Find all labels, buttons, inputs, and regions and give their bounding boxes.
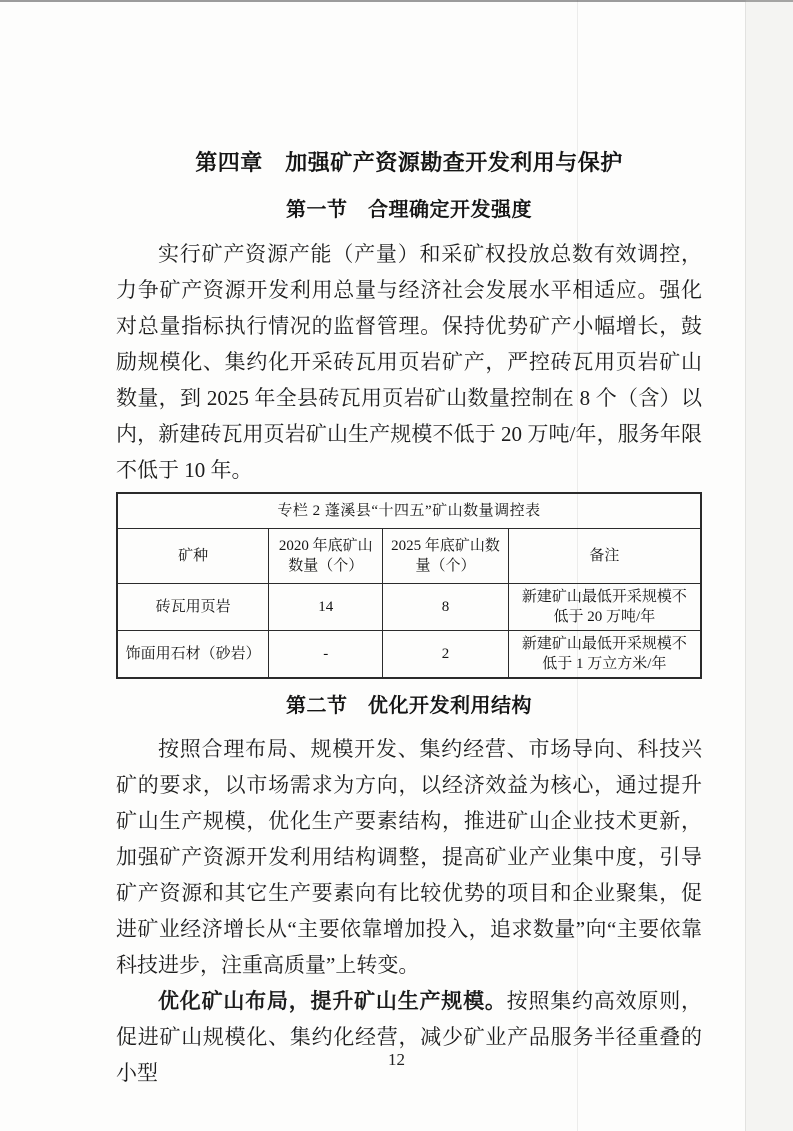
mine-quantity-control-table: 专栏 2 蓬溪县“十四五”矿山数量调控表 矿种 2020 年底矿山数量（个） 2… [116,492,702,679]
page-content: 第四章 加强矿产资源勘查开发利用与保护 第一节 合理确定开发强度 实行矿产资源产… [116,0,702,1091]
page-number: 12 [0,1050,793,1070]
section-2-title: 第二节 优化开发利用结构 [116,689,702,718]
paragraph-mine-layout: 优化矿山布局，提升矿山生产规模。按照集约高效原则，促进矿山规模化、集约化经营，减… [116,983,702,1091]
header-2025-count: 2025 年底矿山数量（个） [383,529,509,584]
table-title: 专栏 2 蓬溪县“十四五”矿山数量调控表 [117,493,701,529]
cell-2020-count: 14 [269,584,383,631]
cell-remark: 新建矿山最低开采规模不低于 20 万吨/年 [508,584,701,631]
cell-remark: 新建矿山最低开采规模不低于 1 万立方米/年 [508,631,701,679]
header-2020-count: 2020 年底矿山数量（个） [269,529,383,584]
cell-2025-count: 2 [383,631,509,679]
table-title-row: 专栏 2 蓬溪县“十四五”矿山数量调控表 [117,493,701,529]
header-remarks: 备注 [508,529,701,584]
paragraph-development-intensity: 实行矿产资源产能（产量）和采矿权投放总数有效调控，力争矿产资源开发利用总量与经济… [116,236,702,488]
scan-page-edge-artifact [745,0,793,1131]
paragraph-mine-layout-lead: 优化矿山布局，提升矿山生产规模。 [158,989,507,1013]
chapter-title: 第四章 加强矿产资源勘查开发利用与保护 [116,146,702,177]
document-page: 第四章 加强矿产资源勘查开发利用与保护 第一节 合理确定开发强度 实行矿产资源产… [0,0,793,1131]
table-row: 饰面用石材（砂岩） - 2 新建矿山最低开采规模不低于 1 万立方米/年 [117,631,701,679]
cell-mineral: 砖瓦用页岩 [117,584,269,631]
section-1-title: 第一节 合理确定开发强度 [116,193,702,222]
cell-2025-count: 8 [383,584,509,631]
header-mineral-type: 矿种 [117,529,269,584]
cell-2020-count: - [269,631,383,679]
paragraph-structure-optimization: 按照合理布局、规模开发、集约经营、市场导向、科技兴矿的要求，以市场需求为方向，以… [116,731,702,983]
table-header-row: 矿种 2020 年底矿山数量（个） 2025 年底矿山数量（个） 备注 [117,529,701,584]
table-row: 砖瓦用页岩 14 8 新建矿山最低开采规模不低于 20 万吨/年 [117,584,701,631]
cell-mineral: 饰面用石材（砂岩） [117,631,269,679]
